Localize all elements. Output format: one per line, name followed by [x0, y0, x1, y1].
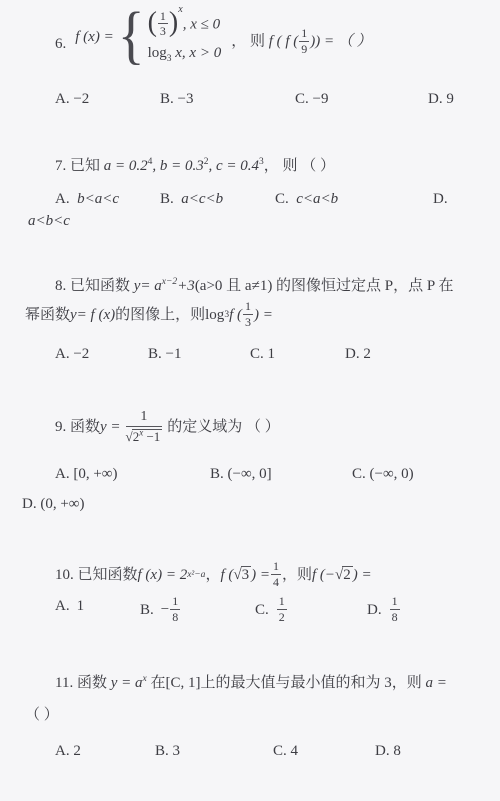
expression-suffix: )) = （ ） — [310, 34, 371, 50]
fraction: 18 — [170, 595, 180, 623]
fraction-one-third: 13 — [158, 10, 168, 38]
equals: ) = — [251, 565, 270, 585]
option-value: a<c<b — [181, 191, 223, 207]
open-paren: ( — [148, 7, 157, 38]
function-expression: y= a — [134, 278, 162, 294]
question-8-options: A. −2 B. −1 C. 1 D. 2 — [0, 344, 500, 364]
expression: f ( — [229, 305, 242, 325]
option-d: D. 8 — [375, 741, 401, 761]
plus-three: +3 — [177, 278, 195, 294]
option-d: D. — [433, 189, 448, 209]
option-label: C. — [275, 191, 289, 207]
numerator: 1 — [170, 595, 180, 610]
square-root-three: √3 — [233, 565, 251, 585]
piecewise-case-1: (13)x, x ≤ 0 — [148, 11, 222, 39]
question-11-answer-blank: （ ） — [0, 705, 500, 725]
question-expression: ， 则 f ( f (19)) = （ ） — [231, 28, 371, 56]
numerator: 1 — [299, 27, 309, 42]
display-fraction: 1√2x −1 — [126, 409, 163, 445]
stem-text: 11. 函数 — [55, 675, 111, 691]
option-b: B. a<c<b — [160, 189, 223, 209]
numerator: 1 — [126, 409, 163, 427]
stem-text: 9. 函数 — [55, 417, 100, 437]
exponent-x: x — [178, 4, 182, 15]
question-9-stem: 9. 函数 y = 1√2x −1的定义域为 （ ） — [0, 404, 500, 450]
question-8-stem-line-2: 幂函数 y= f (x) 的图像上，则 log3 f (13) = — [0, 298, 500, 332]
numerator: 1 — [390, 595, 400, 610]
question-9-options: A. [0, +∞) B. (−∞, 0] C. (−∞, 0) — [0, 464, 500, 484]
denominator: 3 — [243, 315, 253, 329]
option-c: C.12 — [255, 596, 288, 624]
question-9: 9. 函数 y = 1√2x −1的定义域为 （ ） A. [0, +∞) B.… — [0, 404, 500, 514]
option-b: B. −3 — [160, 89, 193, 109]
denominator: √2x −1 — [126, 427, 163, 445]
value-c: , c = 0.4 — [209, 158, 260, 174]
question-6-stem: 6. f (x) = { (13)x, x ≤ 0 log3 x, x > 0 … — [0, 10, 500, 63]
stem-text: 7. 已知 — [55, 158, 104, 174]
option-b: B. 3 — [155, 741, 180, 761]
fraction: 12 — [277, 595, 287, 623]
question-7-options: A. b<a<c B. a<c<b C. c<a<b D. — [0, 189, 500, 209]
option-value: c<a<b — [296, 191, 338, 207]
exponent: x−2 — [162, 277, 177, 287]
option-value: −18 — [161, 596, 181, 624]
stem-text: 10. 已知函数 — [55, 565, 138, 585]
log-function: log — [148, 45, 167, 61]
expression: f (− — [312, 565, 335, 585]
expression-prefix: f ( f ( — [269, 34, 299, 50]
denominator: 4 — [271, 575, 281, 589]
then-text: ，则 — [282, 565, 312, 585]
question-6-options: A. −2 B. −3 C. −9 D. 9 — [0, 89, 500, 109]
stem-text: 幂函数 — [25, 305, 70, 325]
option-b: B. (−∞, 0] — [210, 464, 272, 484]
question-8-stem-line-1: 8. 已知函数 y= ax−2+3(a>0 且 a≠1) 的图像恒过定点 P，点… — [0, 276, 500, 296]
stem-text: (a>0 且 a≠1) 的图像恒过定点 P，点 P 在 — [195, 278, 454, 294]
piecewise-cases: (13)x, x ≤ 0 log3 x, x > 0 — [148, 11, 222, 63]
value-b: , b = 0.3 — [152, 158, 203, 174]
question-9-option-d-row: D. (0, +∞) — [0, 494, 500, 514]
question-10-stem: 10. 已知函数 f (x) = 2x²−a， f (√3) = 14，则 f … — [0, 558, 500, 592]
question-7-option-d-wrap: a<b<c — [0, 211, 500, 231]
stem-text: 在[C, 1]上的最大值与最小值的和为 3，则 — [147, 675, 426, 691]
function-expression: f (x) = 2 — [138, 565, 188, 585]
denominator: 3 — [158, 24, 168, 38]
case-1-condition: , x ≤ 0 — [183, 16, 220, 32]
option-label: A. — [55, 596, 70, 616]
denominator: 2 — [277, 610, 287, 624]
option-label: A. — [55, 191, 70, 207]
exam-page: 6. f (x) = { (13)x, x ≤ 0 log3 x, x > 0 … — [0, 0, 500, 801]
then-text: ， 则 （ ） — [264, 158, 335, 174]
close-paren: ) — [169, 7, 178, 38]
option-label: D. — [433, 191, 448, 207]
question-7: 7. 已知 a = 0.24, b = 0.32, c = 0.43， 则 （ … — [0, 156, 500, 231]
numerator: 1 — [277, 595, 287, 610]
stem-text: 的图像上，则 — [115, 305, 205, 325]
square-root: √2x −1 — [126, 429, 163, 444]
case-2-condition: x, x > 0 — [172, 45, 222, 61]
then-text: ， 则 — [231, 34, 269, 50]
denominator: 8 — [390, 610, 400, 624]
option-label: B. — [140, 600, 154, 620]
fraction: 18 — [390, 595, 400, 623]
log-function: log — [205, 305, 224, 325]
option-a: A. b<a<c — [55, 189, 119, 209]
option-value: 1 — [77, 596, 85, 616]
question-10-options: A.1 B.−18 C.12 D.18 — [0, 596, 500, 626]
piecewise-case-2: log3 x, x > 0 — [148, 43, 222, 63]
blank-parens: （ ） — [25, 707, 59, 723]
option-c: C. (−∞, 0) — [352, 464, 414, 484]
comma: ， — [205, 565, 220, 585]
option-label: C. — [255, 600, 269, 620]
option-label: D. — [367, 600, 382, 620]
option-d: D. 9 — [428, 89, 454, 109]
minus-sign: − — [161, 602, 169, 618]
option-d-value: a<b<c — [28, 211, 70, 231]
piecewise-function: f (x) = { (13)x, x ≤ 0 log3 x, x > 0 — [75, 10, 221, 63]
option-label: B. — [160, 191, 174, 207]
option-c: C. 4 — [273, 741, 298, 761]
radicand: 3 — [241, 566, 252, 584]
numerator: 1 — [271, 560, 281, 575]
option-d: D. (0, +∞) — [22, 494, 84, 514]
denominator: 8 — [170, 610, 180, 624]
option-d: D. 2 — [345, 344, 371, 364]
expression-suffix: ) = — [353, 565, 372, 585]
function-lhs: y = — [100, 417, 121, 437]
function-lhs: f (x) = — [75, 27, 113, 47]
option-a: A. −2 — [55, 344, 89, 364]
denominator: 9 — [299, 42, 309, 56]
expression-suffix: ) = — [254, 305, 273, 325]
question-10: 10. 已知函数 f (x) = 2x²−a， f (√3) = 14，则 f … — [0, 558, 500, 626]
stem-text: 的定义域为 （ ） — [167, 417, 280, 437]
stem-text: 8. 已知函数 — [55, 278, 134, 294]
value-a: a = 0.2 — [104, 158, 148, 174]
fraction-one-ninth: 19 — [299, 27, 309, 55]
square-root-two: √2 — [335, 565, 353, 585]
question-8: 8. 已知函数 y= ax−2+3(a>0 且 a≠1) 的图像恒过定点 P，点… — [0, 276, 500, 364]
option-a: A. [0, +∞) — [55, 464, 117, 484]
option-c: C. 1 — [250, 344, 275, 364]
option-c: C. c<a<b — [275, 189, 338, 209]
radicand: 2x −1 — [132, 429, 163, 445]
option-d: D.18 — [367, 596, 401, 624]
option-b: B.−18 — [140, 596, 181, 624]
radicand: 2 — [342, 566, 353, 584]
option-c: C. −9 — [295, 89, 328, 109]
question-number: 6. — [55, 34, 66, 54]
function-expression: y = a — [111, 675, 143, 691]
question-11: 11. 函数 y = ax 在[C, 1]上的最大值与最小值的和为 3，则 a … — [0, 673, 500, 761]
function-expression: y= f (x) — [70, 305, 115, 325]
fraction-one-third: 13 — [243, 300, 253, 328]
question-11-options: A. 2 B. 3 C. 4 D. 8 — [0, 741, 500, 761]
numerator: 1 — [243, 300, 253, 315]
radicand-rest: −1 — [143, 429, 160, 444]
piecewise-brace: { — [118, 6, 145, 67]
fraction-one-fourth: 14 — [271, 560, 281, 588]
question-7-stem: 7. 已知 a = 0.24, b = 0.32, c = 0.43， 则 （ … — [0, 156, 500, 176]
expression: f ( — [220, 565, 233, 585]
option-value: b<a<c — [77, 191, 119, 207]
question-6: 6. f (x) = { (13)x, x ≤ 0 log3 x, x > 0 … — [0, 10, 500, 109]
option-a: A.1 — [55, 596, 84, 616]
option-a: A. −2 — [55, 89, 89, 109]
option-a: A. 2 — [55, 741, 81, 761]
unknown-a: a = — [425, 675, 446, 691]
question-11-stem: 11. 函数 y = ax 在[C, 1]上的最大值与最小值的和为 3，则 a … — [0, 673, 500, 693]
numerator: 1 — [158, 10, 168, 25]
option-b: B. −1 — [148, 344, 181, 364]
